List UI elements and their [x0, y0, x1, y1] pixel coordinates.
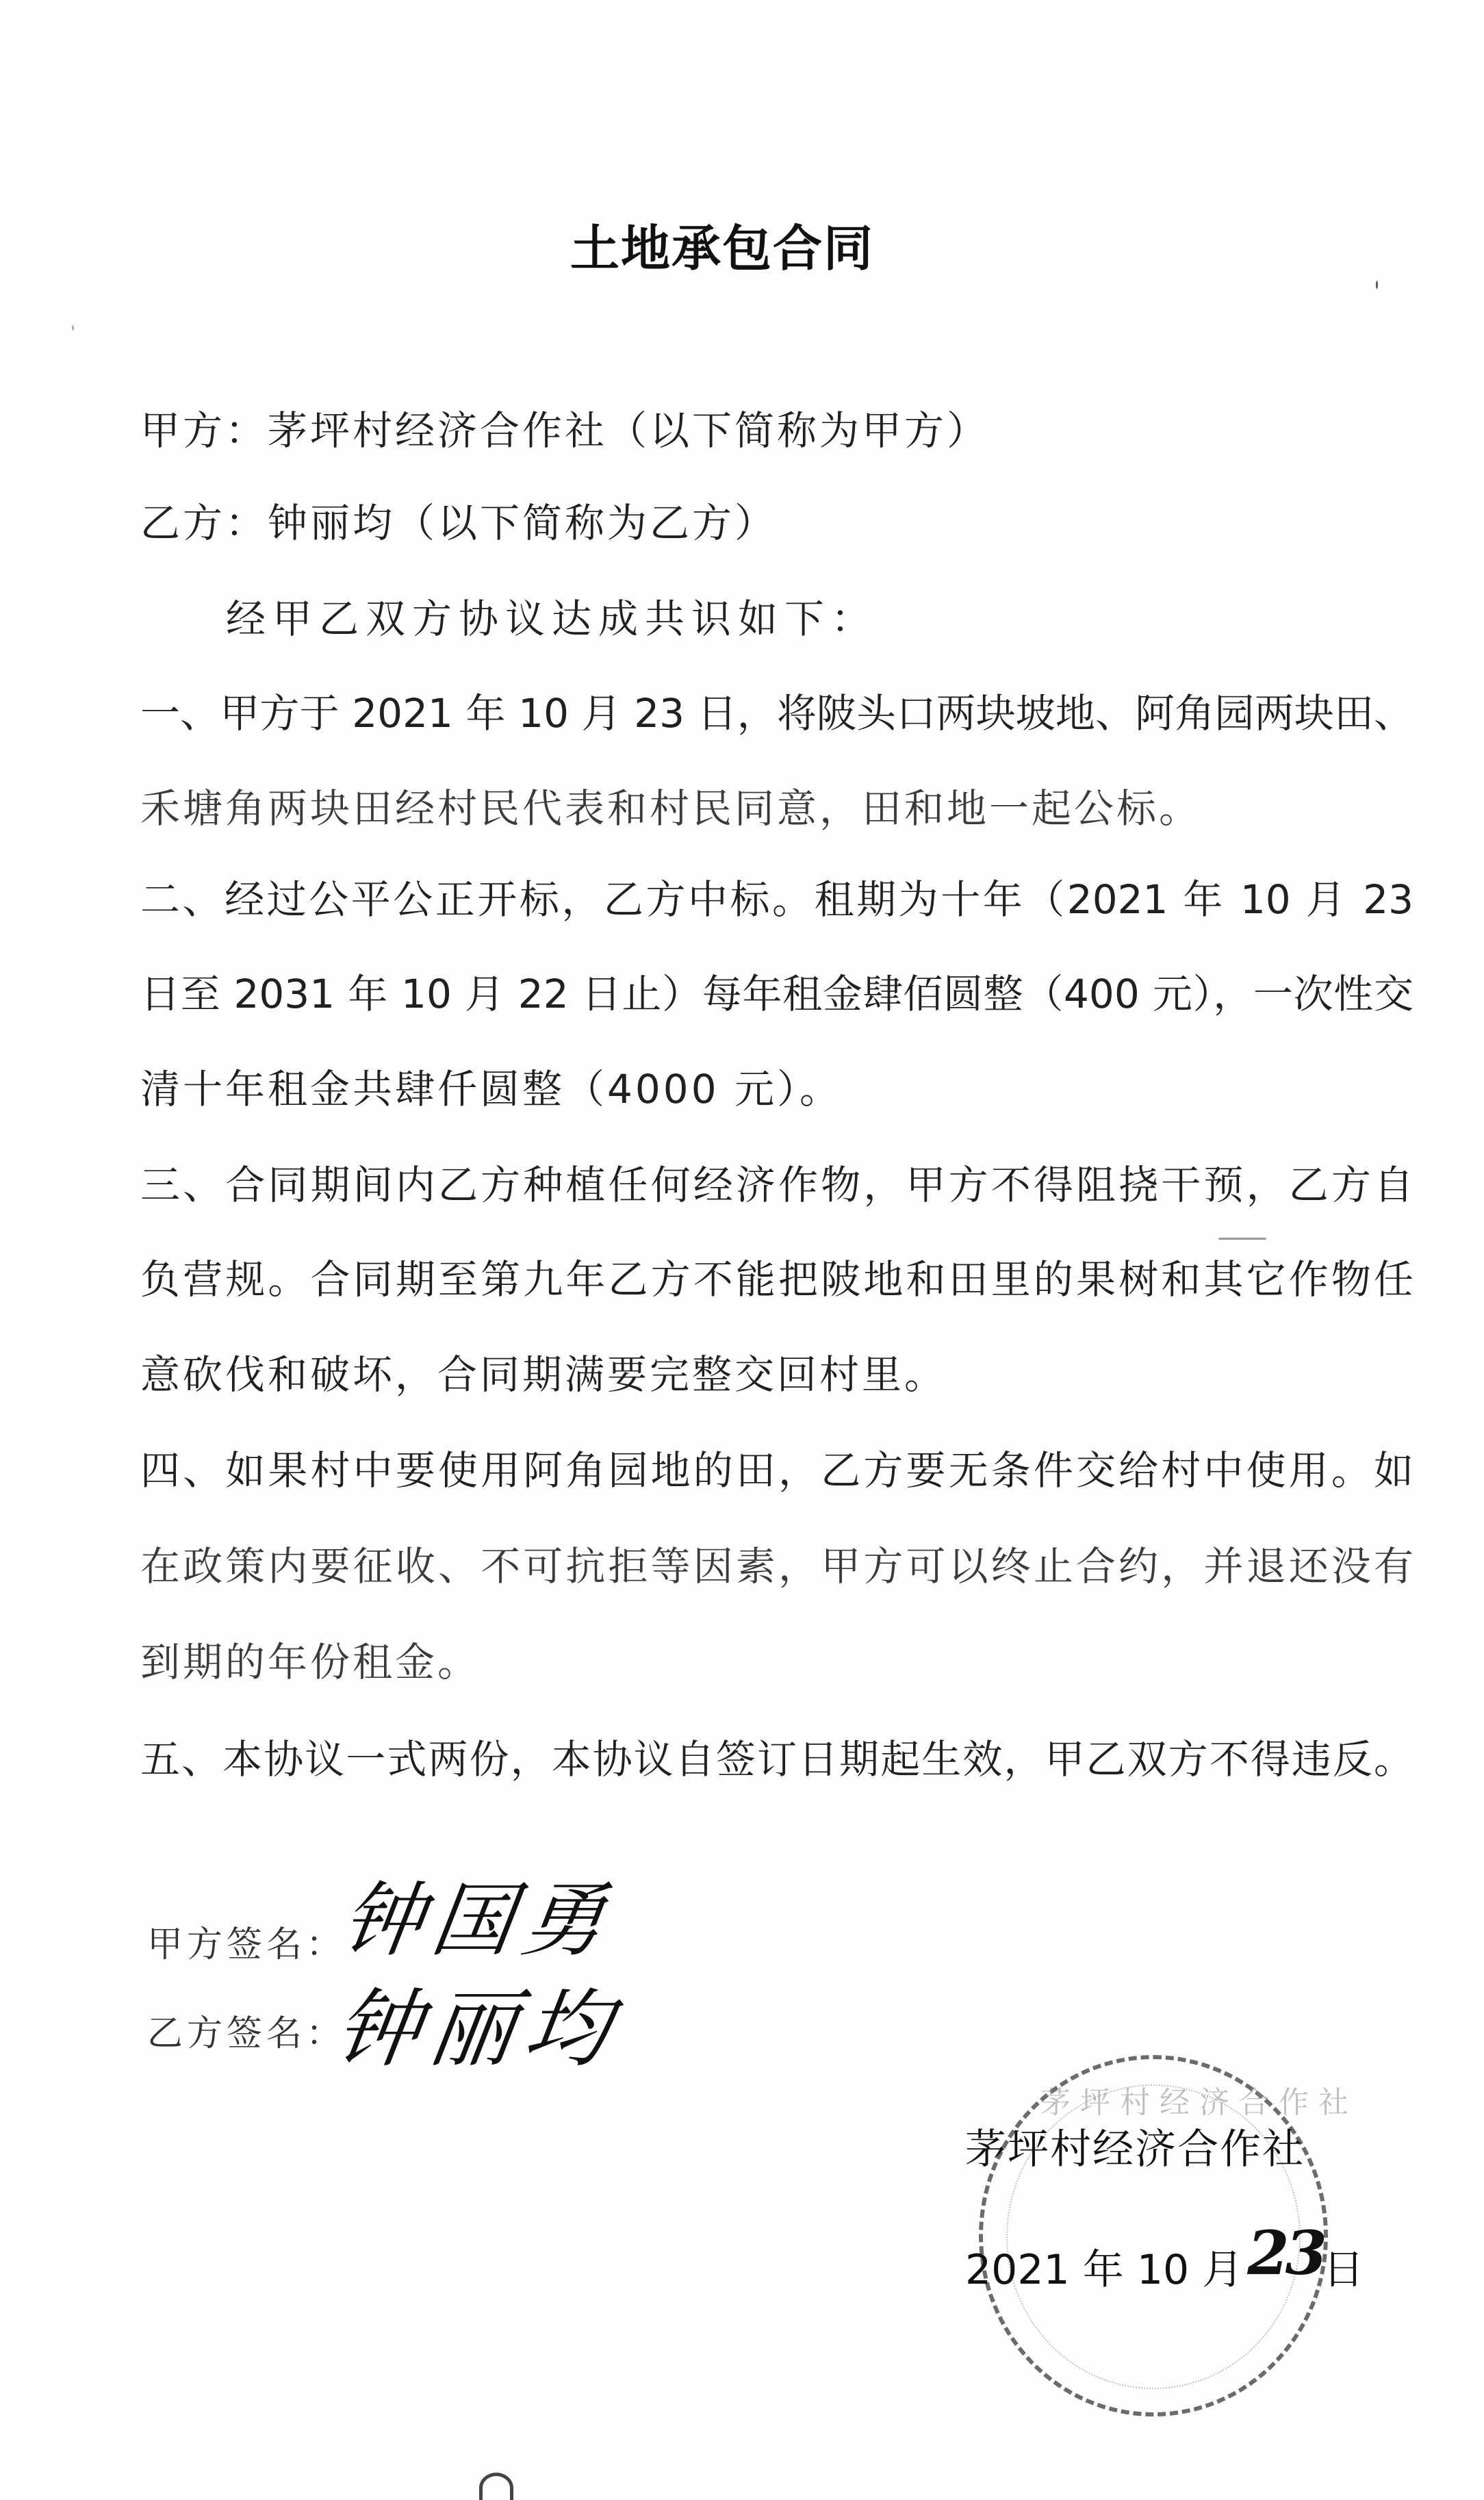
- party-a-line: 甲方：茅坪村经济合作社（以下简称为甲方）: [140, 403, 989, 458]
- scan-speck: [1376, 281, 1378, 289]
- clause-line: 到期的年份租金。: [140, 1635, 480, 1689]
- clause-line: 五、本协议一式两份，本协议自签订日期起生效，甲乙双方不得违反。: [140, 1732, 1413, 1787]
- clause-line: 在政策内要征收、不可抗拒等因素，甲方可以终止合约，并退还没有: [140, 1539, 1413, 1594]
- scan-speck: [1218, 1238, 1266, 1240]
- footer-date: 2021 年 10 月23日: [965, 2235, 1364, 2297]
- clause-line: 负营规。合同期至第九年乙方不能把陂地和田里的果树和其它作物任: [140, 1252, 1413, 1307]
- party-b-line: 乙方：钟丽均（以下简称为乙方）: [140, 496, 777, 550]
- intro-line: 经甲乙双方协议达成共识如下：: [226, 591, 878, 646]
- scan-artifact-mark: [479, 2473, 513, 2500]
- clause-line: 意砍伐和破坏，合同期满要完整交回村里。: [140, 1347, 947, 1402]
- clause-line: 禾塘角两块田经村民代表和村民同意，田和地一起公标。: [140, 781, 1201, 836]
- clause-line: 清十年租金共肆仟圆整（4000 元）。: [140, 1062, 842, 1117]
- footer-organization: 茅坪村经济合作社: [965, 2122, 1305, 2177]
- scan-speck: [72, 325, 74, 331]
- party-b-handwritten-signature: 钟丽均: [329, 1985, 625, 2074]
- date-suffix: 日: [1323, 2246, 1364, 2294]
- clause-line: 四、如果村中要使用阿角园地的田，乙方要无条件交给村中使用。如: [140, 1443, 1413, 1498]
- stamp-faded-text: 茅坪村经济合作社: [1040, 2078, 1287, 2121]
- clause-line: 二、经过公平公正开标，乙方中标。租期为十年（2021 年 10 月 23: [140, 872, 1413, 927]
- clause-line: 日至 2031 年 10 月 22 日止）每年租金肆佰圆整（400 元），一次性…: [140, 967, 1413, 1021]
- date-printed: 2021 年 10 月: [965, 2246, 1243, 2294]
- date-day-handwritten: 23: [1247, 2217, 1322, 2288]
- clause-line: 三、合同期间内乙方种植任何经济作物，甲方不得阻挠干预，乙方自: [140, 1158, 1413, 1212]
- document-title: 土地承包合同: [0, 218, 1444, 279]
- party-b-signature-label: 乙方签名：: [147, 2010, 346, 2058]
- party-a-signature-label: 甲方签名：: [147, 1921, 346, 1969]
- party-a-handwritten-signature: 钟国勇: [336, 1876, 619, 1965]
- clause-line: 一、甲方于 2021 年 10 月 23 日，将陂头口两块坡地、阿角园两块田、: [140, 686, 1413, 741]
